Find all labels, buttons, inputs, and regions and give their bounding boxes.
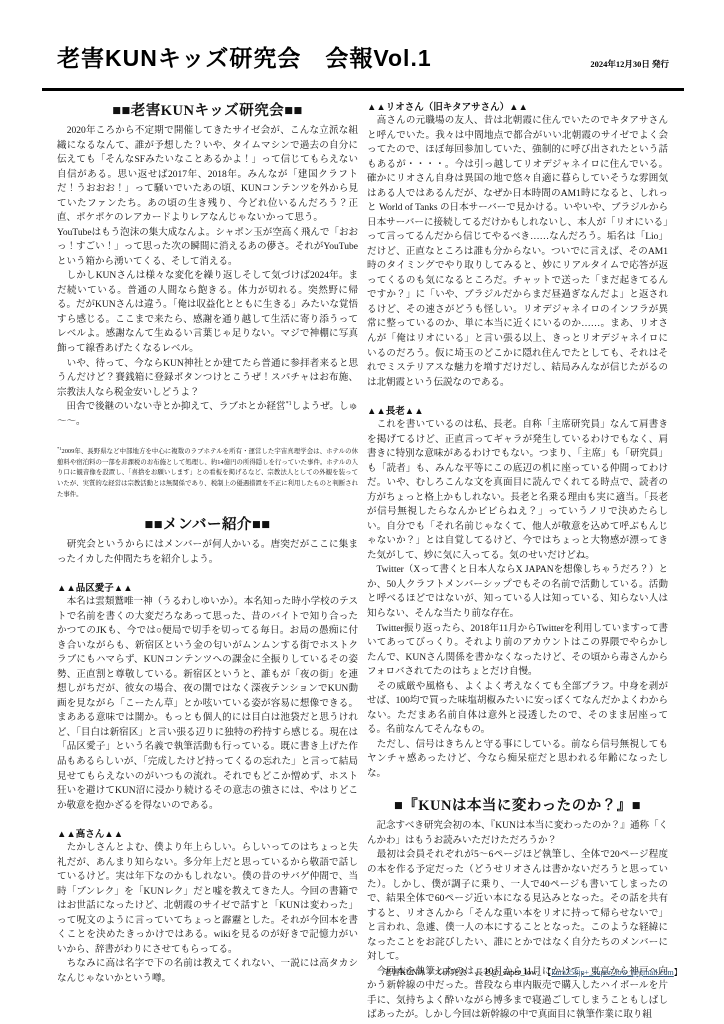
section-heading-kun-book: ■『KUNは本当に変わったのか？』■ bbox=[367, 794, 668, 815]
paragraph: これを書いているのは私、長老。自称「主席研究員」なんて肩書きを掲げてるけど、正直… bbox=[367, 418, 668, 563]
paragraph: その威厳や風格も、よくよく考えなくても全部ブラフ。中身を剥がせば、100均で買っ… bbox=[367, 680, 668, 738]
member-heading-rio-san: ▲▲リオさん（旧キタアサさん）▲▲ bbox=[367, 99, 668, 113]
section-heading-members: ■■メンバー紹介■■ bbox=[57, 513, 358, 534]
left-column: ■■老害KUNキッズ研究会■■ 2020年ころから不定期で開催してきたサイゼ会が… bbox=[57, 99, 358, 1023]
paragraph: しかしKUNさんは様々な変化を繰り返しそして気づけば2024年。まだ続いている。… bbox=[57, 269, 358, 356]
paragraph: 最初は会員それぞれが5～6ページほど執筆し、全体で20ページ程度の本を作る予定だ… bbox=[367, 848, 668, 964]
paragraph-text: 田舎で後継のいない寺とか抑えて、ラブホとか経営 bbox=[57, 402, 286, 412]
paragraph: 研究会というからにはメンバーが何人かいる。唐突だがここに集まったイカした仲間たち… bbox=[57, 538, 358, 567]
footnote-text: 2009年、長野県など中部地方を中心に複数のラブホテルを所有・運営した宇宙真理学… bbox=[57, 448, 358, 497]
paragraph: YouTubeはもう泡沫の集大成なんよ。シャボン玉が空高く飛んで「おおっ！すごい… bbox=[57, 226, 358, 270]
member-heading-chourou: ▲▲長老▲▲ bbox=[367, 403, 668, 417]
header-divider bbox=[42, 88, 684, 91]
paragraph: 高さんの元職場の友人、昔は北朝霞に住んでいたのでキタアサさんと呼んでいた。我々は… bbox=[367, 114, 668, 390]
member-heading-shinaku-aiko: ▲▲品区愛子▲▲ bbox=[57, 580, 358, 594]
paragraph: Twitter（Xって書くと日本人ならX JAPANを想像しちゃうだろ？）とか、… bbox=[367, 563, 668, 621]
paragraph: Twitter振り返ったら、2018年11月からTwitterを利用していますっ… bbox=[367, 622, 668, 680]
footer-bracket: 】 bbox=[674, 968, 682, 977]
paragraph: 記念すべき研究会初の本、『KUNは本当に変わったのか？』通称「くんかわ」はもうお… bbox=[367, 819, 668, 848]
contact-email-link[interactable]: kura358jp+_super_low_@gmail.com bbox=[551, 968, 673, 977]
two-column-body: ■■老害KUNキッズ研究会■■ 2020年ころから不定期で開催してきたサイゼ会が… bbox=[57, 99, 669, 1023]
paragraph: 2020年ころから不定期で開催してきたサイゼ会が、こんな立派な組織になるなんて、… bbox=[57, 124, 358, 226]
paragraph: たかしさんとよむ、僕より年上らしい。らしいってのはちょっと失礼だが、あんまり知ら… bbox=[57, 841, 358, 957]
section-heading-club: ■■老害KUNキッズ研究会■■ bbox=[57, 99, 358, 120]
paragraph: 本名は雲類鷲唯一神（うるわしゆいか）。本名知った時小学校のテストで名前を書くの大… bbox=[57, 595, 358, 813]
paragraph: ちなみに高は名字で下の名前は教えてくれない、一説には高タカシなんじゃないかという… bbox=[57, 957, 358, 986]
footer-org-and-handle: 老害KUNキッズ研究会 長老@_super_low_ bbox=[384, 968, 541, 977]
newsletter-title: 老害KUNキッズ研究会 会報Vol.1 bbox=[57, 40, 432, 73]
page-header: 老害KUNキッズ研究会 会報Vol.1 2024年12月30日 発行 bbox=[57, 40, 669, 73]
member-heading-taka-san: ▲▲高さん▲▲ bbox=[57, 826, 358, 840]
paragraph: いや、待って、今ならKUN神社とか建てたら普通に参拝者来ると思うんだけど？賽銭箱… bbox=[57, 357, 358, 401]
paragraph: ただし、信号はきちんと守る事にしている。前なら信号無視してもヤンチャ感あったけど… bbox=[367, 738, 668, 782]
publication-date: 2024年12月30日 発行 bbox=[590, 58, 669, 73]
footnote: *12009年、長野県など中部地方を中心に複数のラブホテルを所有・運営した宇宙真… bbox=[57, 445, 358, 500]
newsletter-page: 老害KUNキッズ研究会 会報Vol.1 2024年12月30日 発行 ■■老害K… bbox=[0, 0, 724, 1024]
right-column: ▲▲リオさん（旧キタアサさん）▲▲ 高さんの元職場の友人、昔は北朝霞に住んでいた… bbox=[367, 99, 668, 1023]
page-footer: 老害KUNキッズ研究会 長老@_super_low_ 【kura358jp+_s… bbox=[384, 967, 682, 978]
paragraph-with-footnote-ref: 田舎で後継のいない寺とか抑えて、ラブホとか経営*1しようぜ。しゅ～～。 bbox=[57, 400, 358, 429]
